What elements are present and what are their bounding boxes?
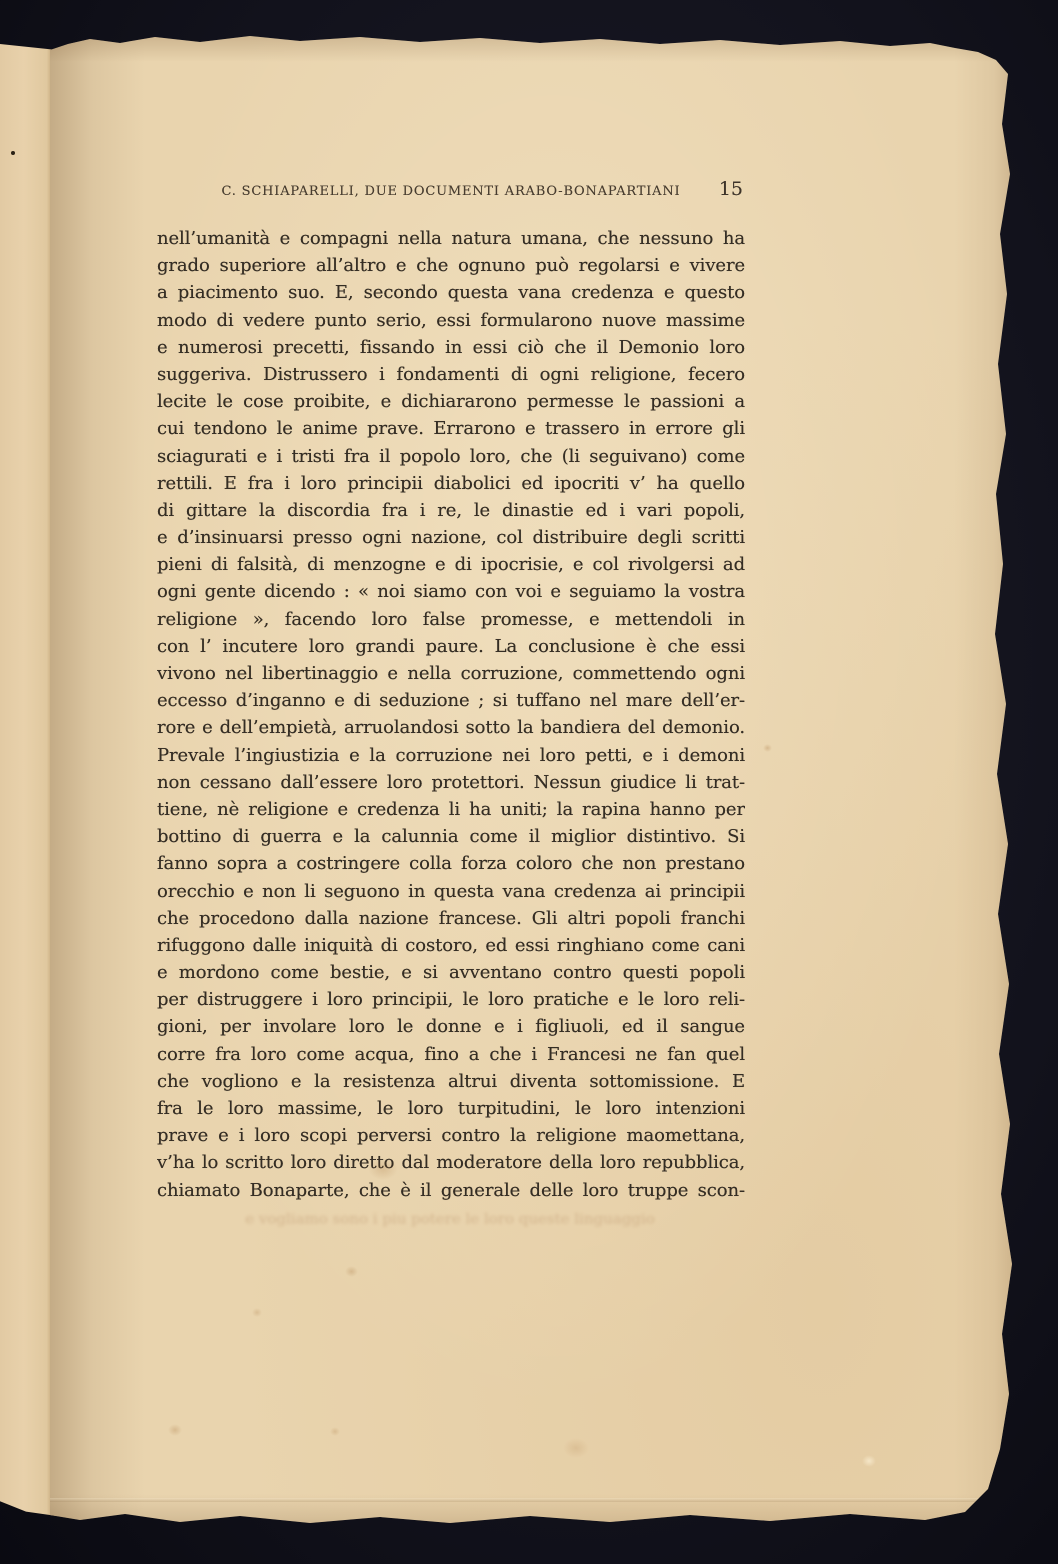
paper-fleck [862, 1455, 876, 1467]
text-line: e d’insinuarsi presso ogni nazione, col … [157, 524, 745, 551]
text-line: che vogliono e la resistenza altrui dive… [157, 1068, 745, 1095]
book-scan: C. SCHIAPARELLI, DUE DOCUMENTI ARABO-BON… [0, 0, 1058, 1564]
foxing-spot [368, 1158, 398, 1180]
running-header: C. SCHIAPARELLI, DUE DOCUMENTI ARABO-BON… [157, 180, 745, 206]
text-line: gioni, per involare loro le donne e i fi… [157, 1013, 745, 1040]
text-line: rore e dell’empietà, arruolandosi sotto … [157, 714, 745, 741]
foxing-spot [763, 744, 772, 752]
page-number: 15 [719, 178, 743, 200]
show-through-text: e vogliamo sono i piu potere le loro que… [170, 1210, 730, 1227]
text-line: tiene, nè religione e credenza li ha uni… [157, 796, 745, 823]
scanned-book-photo: { "page": { "header": { "title": "C. SCH… [0, 0, 1058, 1564]
text-line: rettili. E fra i loro principii diabolic… [157, 470, 745, 497]
text-line: che procedono dalla nazione francese. Gl… [157, 905, 745, 932]
running-title: C. SCHIAPARELLI, DUE DOCUMENTI ARABO-BON… [222, 184, 681, 199]
text-line: prave e i loro scopi perversi contro la … [157, 1122, 745, 1149]
text-line: per distruggere i loro principii, le lor… [157, 986, 745, 1013]
text-line: fra le loro massime, le loro turpitudini… [157, 1095, 745, 1122]
text-line: con l’ incutere loro grandi paure. La co… [157, 633, 745, 660]
foxing-spot [330, 1427, 340, 1436]
text-line: nell’umanità e compagni nella natura uma… [157, 225, 745, 252]
text-block: nell’umanità e compagni nella natura uma… [157, 225, 745, 1204]
text-line: e mordono come bestie, e si avventano co… [157, 959, 745, 986]
text-line: di gittare la discordia fra i re, le din… [157, 497, 745, 524]
text-line: non cessano dall’essere loro protettori.… [157, 769, 745, 796]
text-line: ogni gente dicendo : « noi siamo con voi… [157, 578, 745, 605]
text-line: orecchio e non li seguono in questa vana… [157, 878, 745, 905]
adjacent-page-edge [0, 42, 57, 1516]
foxing-spot [563, 1438, 589, 1458]
text-line: suggeriva. Distrussero i fondamenti di o… [157, 361, 745, 388]
text-line: Prevale l’ingiustizia e la corruzione ne… [157, 742, 745, 769]
text-line: pieni di falsità, di menzogne e di ipocr… [157, 551, 745, 578]
text-line: lecite le cose proibite, e dichiararono … [157, 388, 745, 415]
text-line: religione », facendo loro false promesse… [157, 606, 745, 633]
paper-speck [11, 151, 15, 155]
text-line: bottino di guerra e la calunnia come il … [157, 823, 745, 850]
text-line: grado superiore all’altro e che ognuno p… [157, 252, 745, 279]
foxing-spot [345, 1266, 358, 1277]
text-line: rifuggono dalle iniquità di costoro, ed … [157, 932, 745, 959]
foxing-spot [168, 1424, 182, 1436]
fold-crease [50, 1498, 1018, 1502]
text-line: corre fra loro come acqua, fino a che i … [157, 1041, 745, 1068]
text-line: sciagurati e i tristi fra il popolo loro… [157, 443, 745, 470]
text-line: eccesso d’inganno e di seduzione ; si tu… [157, 687, 745, 714]
text-line: modo di vedere punto serio, essi formula… [157, 307, 745, 334]
text-line: fanno sopra a costringere colla forza co… [157, 850, 745, 877]
text-line: e numerosi precetti, fissando in essi ci… [157, 334, 745, 361]
book-page: C. SCHIAPARELLI, DUE DOCUMENTI ARABO-BON… [50, 34, 1018, 1526]
text-line: a piacimento suo. E, secondo questa vana… [157, 279, 745, 306]
text-line: chiamato Bonaparte, che è il generale de… [157, 1177, 745, 1204]
text-line: cui tendono le anime prave. Errarono e t… [157, 415, 745, 442]
foxing-spot [252, 1308, 262, 1317]
text-line: vivono nel libertinaggio e nella corruzi… [157, 660, 745, 687]
text-line: v’ha lo scritto loro diretto dal moderat… [157, 1149, 745, 1176]
